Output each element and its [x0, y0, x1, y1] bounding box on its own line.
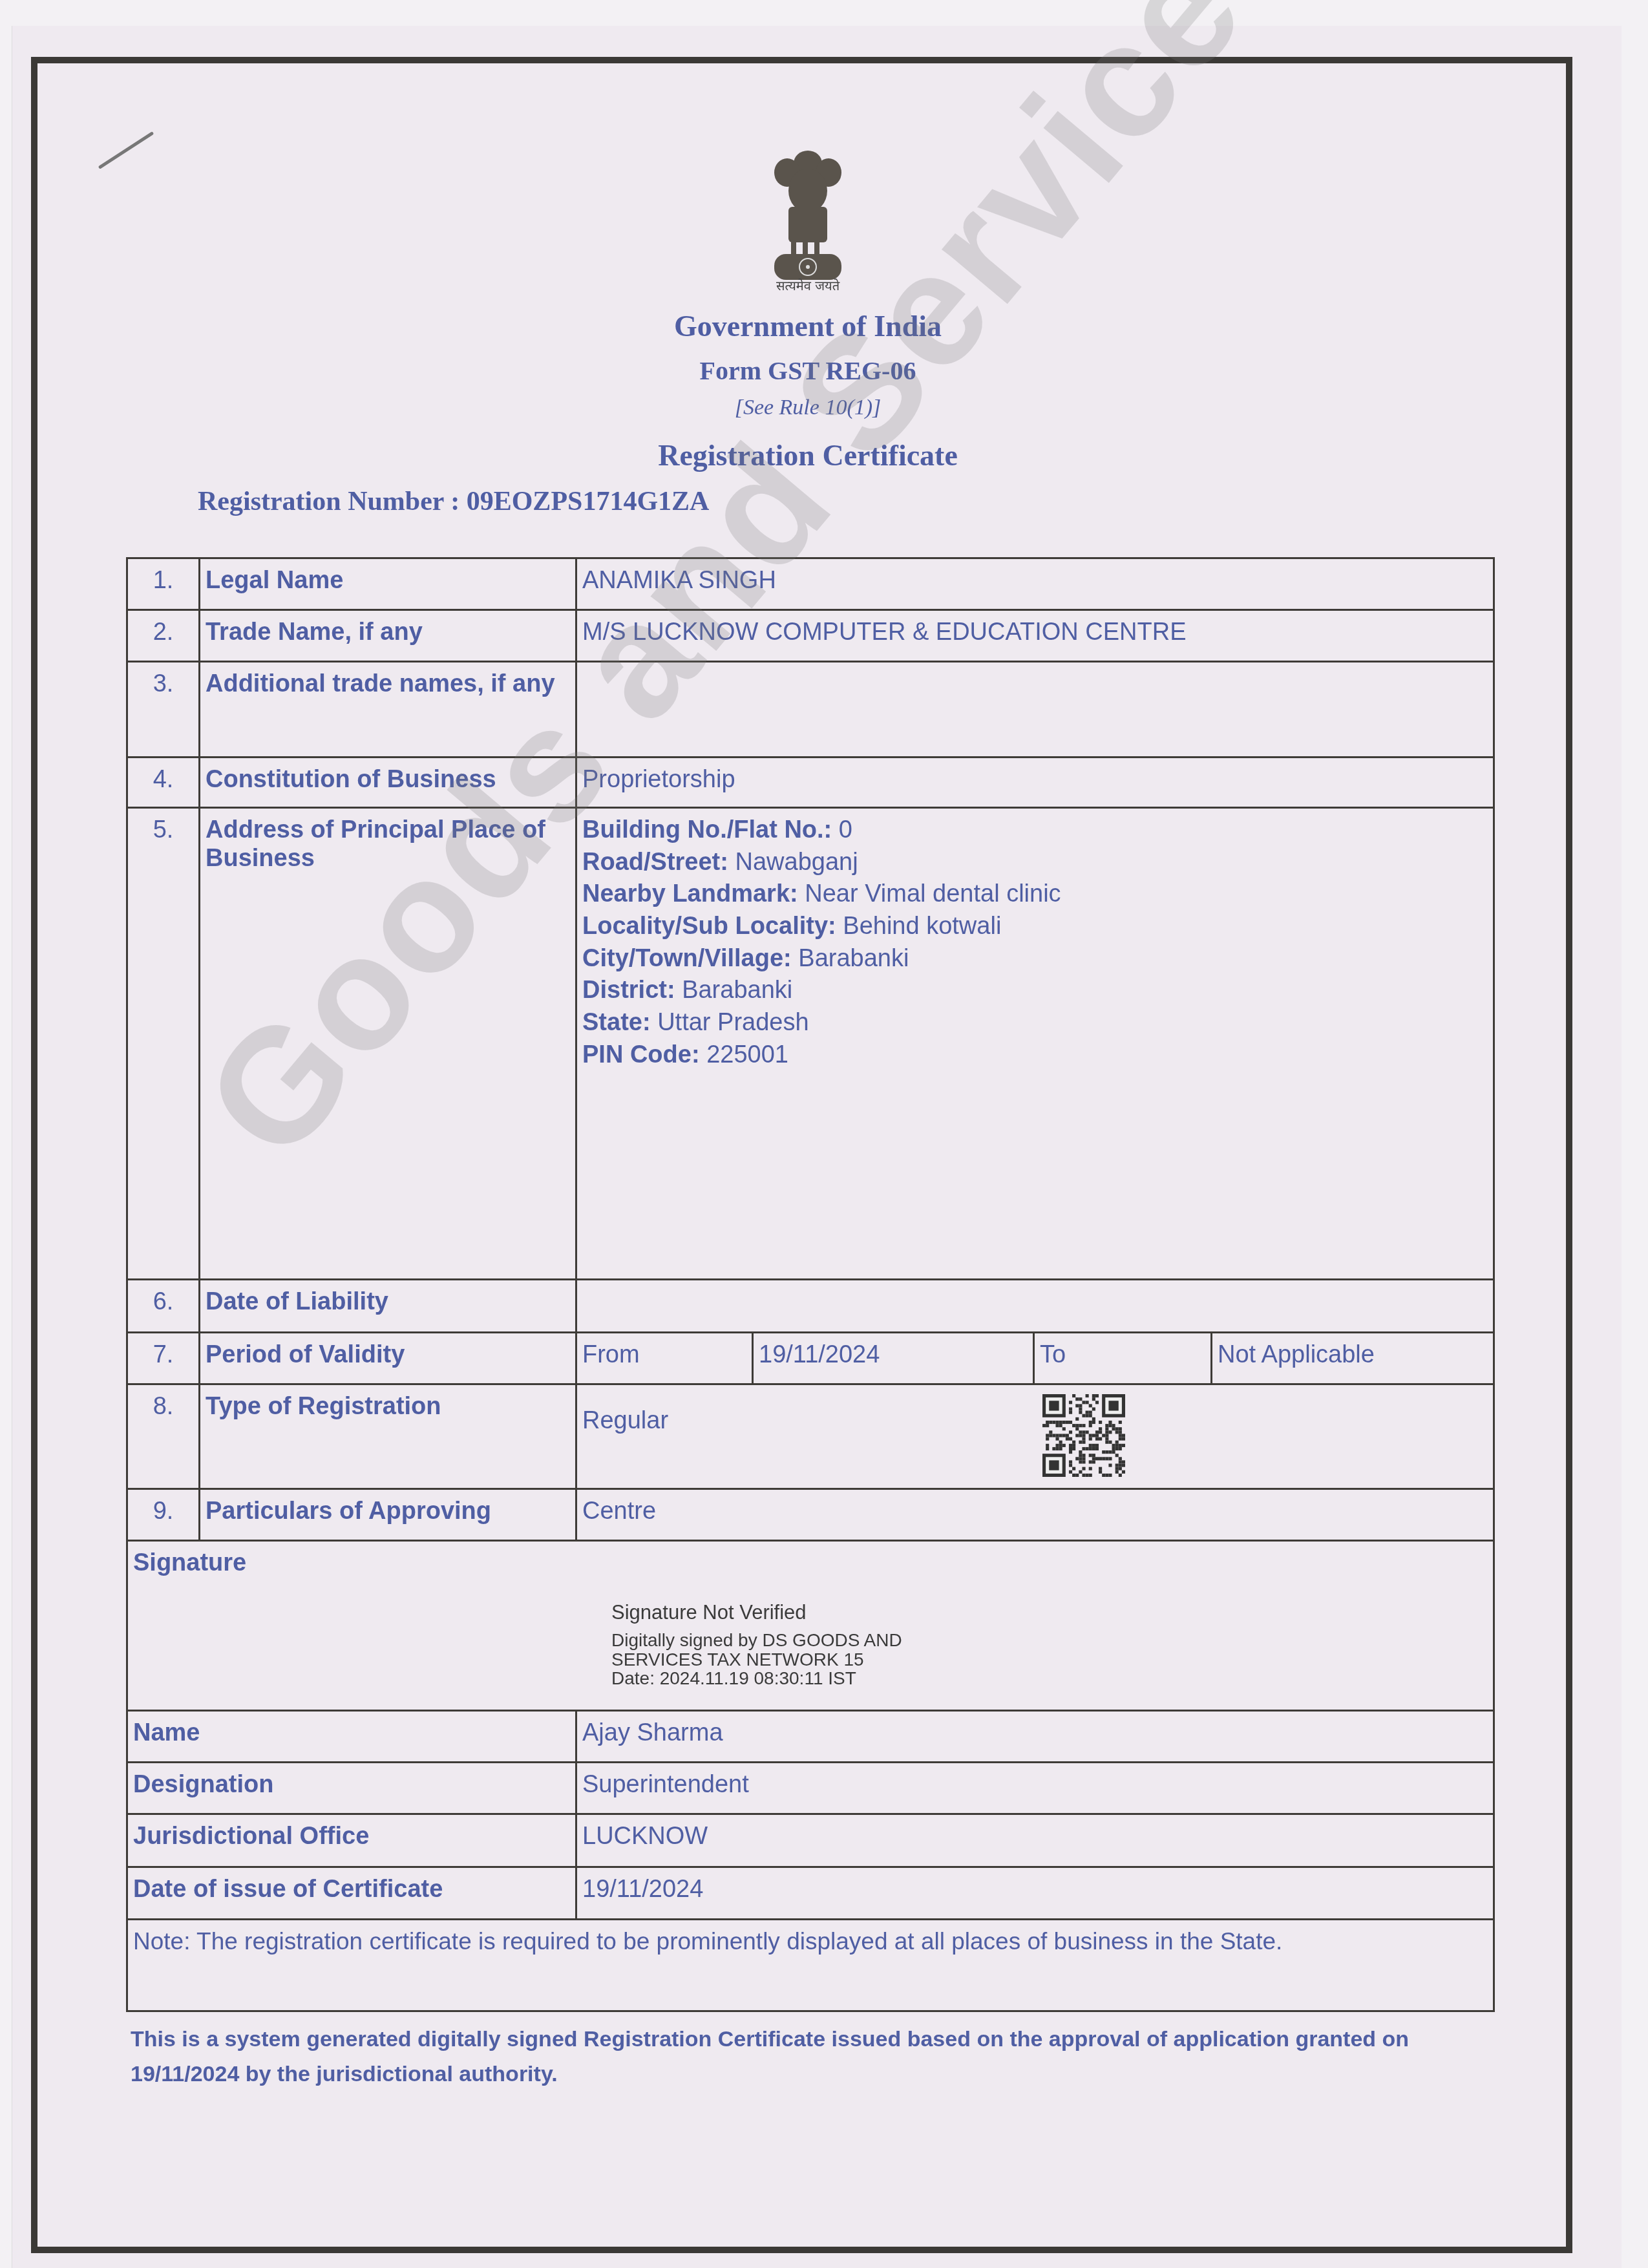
address-value: Barabanki [798, 945, 909, 972]
address-key: Building No./Flat No.: [582, 816, 839, 843]
validity-to-label: To [1034, 1333, 1212, 1384]
signature-label: Signature [133, 1549, 1488, 1578]
registration-type-text: Regular [582, 1407, 1488, 1436]
signed-by-line-1: Digitally signed by DS GOODS AND [611, 1631, 1488, 1649]
date-of-liability-value [576, 1280, 1494, 1333]
row-number: 1. [127, 558, 200, 610]
row-number: 8. [127, 1384, 200, 1489]
address-line: Road/Street: Nawabganj [582, 849, 1488, 877]
address-line: Building No./Flat No.: 0 [582, 816, 1488, 845]
validity-to-value: Not Applicable [1212, 1333, 1494, 1384]
designation-label: Designation [127, 1763, 576, 1814]
row-label: Date of Liability [200, 1280, 576, 1333]
additional-trade-names-value [576, 662, 1494, 758]
government-title: Government of India [0, 309, 1616, 343]
note-row: Note: The registration certificate is re… [127, 1920, 1494, 2011]
address-line: Locality/Sub Locality: Behind kotwali [582, 913, 1488, 941]
address-list: Building No./Flat No.: 0Road/Street: Naw… [582, 816, 1488, 1070]
address-value: Building No./Flat No.: 0Road/Street: Naw… [576, 808, 1494, 1280]
row-number: 2. [127, 610, 200, 662]
qr-code-icon[interactable] [1042, 1394, 1125, 1477]
table-row: 7. Period of Validity From 19/11/2024 To… [127, 1333, 1494, 1384]
address-key: State: [582, 1009, 657, 1036]
row-label: Legal Name [200, 558, 576, 610]
signature-row: Signature ? Signature Not Verified Digit… [127, 1541, 1494, 1711]
registration-number: Registration Number : 09EOZPS1714G1ZA [198, 486, 709, 517]
row-label: Constitution of Business [200, 758, 576, 808]
display-note: Note: The registration certificate is re… [127, 1920, 1494, 2011]
jurisdictional-office-label: Jurisdictional Office [127, 1814, 576, 1867]
signed-by-line-2: SERVICES TAX NETWORK 15 [611, 1650, 1488, 1669]
registration-number-value: 09EOZPS1714G1ZA [467, 487, 710, 516]
address-key: City/Town/Village: [582, 945, 798, 972]
address-line: Nearby Landmark: Near Vimal dental clini… [582, 880, 1488, 909]
address-line: City/Town/Village: Barabanki [582, 945, 1488, 973]
form-title: Form GST REG-06 [0, 355, 1616, 386]
address-line: State: Uttar Pradesh [582, 1009, 1488, 1037]
registration-number-label: Registration Number : [198, 487, 460, 516]
officer-name-label: Name [127, 1711, 576, 1763]
address-value: Barabanki [682, 977, 792, 1004]
table-row: Date of issue of Certificate 19/11/2024 [127, 1867, 1494, 1920]
legal-name-value: ANAMIKA SINGH [576, 558, 1494, 610]
issue-date-value: 19/11/2024 [576, 1867, 1494, 1920]
emblem-motto: सत्यमेव जयते [756, 277, 860, 294]
registration-type-value: Regular [576, 1384, 1494, 1489]
issue-date-label: Date of issue of Certificate [127, 1867, 576, 1920]
system-generated-note: This is a system generated digitally sig… [131, 2022, 1494, 2092]
row-label: Address of Principal Place of Business [200, 808, 576, 1280]
jurisdictional-office-value: LUCKNOW [576, 1814, 1494, 1867]
row-label: Trade Name, if any [200, 610, 576, 662]
signature-date: Date: 2024.11.19 08:30:11 IST [611, 1669, 1488, 1688]
signature-status: Signature Not Verified [611, 1602, 1488, 1624]
row-label: Additional trade names, if any [200, 662, 576, 758]
certificate-title: Registration Certificate [0, 438, 1616, 472]
table-row: 1. Legal Name ANAMIKA SINGH [127, 558, 1494, 610]
row-number: 7. [127, 1333, 200, 1384]
row-number: 5. [127, 808, 200, 1280]
validity-from-label: From [576, 1333, 753, 1384]
constitution-value: Proprietorship [576, 758, 1494, 808]
row-number: 3. [127, 662, 200, 758]
address-value: Uttar Pradesh [657, 1009, 808, 1036]
address-key: Locality/Sub Locality: [582, 913, 843, 940]
table-row: 4. Constitution of Business Proprietorsh… [127, 758, 1494, 808]
row-label: Period of Validity [200, 1333, 576, 1384]
address-key: Road/Street: [582, 849, 735, 876]
address-value: Behind kotwali [843, 913, 1001, 940]
trade-name-value: M/S LUCKNOW COMPUTER & EDUCATION CENTRE [576, 610, 1494, 662]
address-key: PIN Code: [582, 1041, 706, 1068]
approving-authority-value: Centre [576, 1489, 1494, 1541]
address-value: Near Vimal dental clinic [805, 880, 1061, 907]
row-label: Particulars of Approving [200, 1489, 576, 1541]
address-value: Nawabganj [735, 849, 858, 876]
certificate-table: 1. Legal Name ANAMIKA SINGH 2. Trade Nam… [126, 557, 1495, 2012]
table-row: 3. Additional trade names, if any [127, 662, 1494, 758]
table-row: Jurisdictional Office LUCKNOW [127, 1814, 1494, 1867]
national-emblem-icon [763, 145, 853, 288]
address-key: District: [582, 977, 682, 1004]
signature-cell: Signature ? Signature Not Verified Digit… [127, 1541, 1494, 1711]
table-row: 5. Address of Principal Place of Busines… [127, 808, 1494, 1280]
row-number: 4. [127, 758, 200, 808]
digital-signature[interactable]: ? Signature Not Verified Digitally signe… [611, 1602, 1488, 1688]
address-value: 0 [839, 816, 852, 843]
address-line: District: Barabanki [582, 977, 1488, 1005]
table-row: Name Ajay Sharma [127, 1711, 1494, 1763]
address-value: 225001 [706, 1041, 788, 1068]
table-row: 9. Particulars of Approving Centre [127, 1489, 1494, 1541]
table-row: Designation Superintendent [127, 1763, 1494, 1814]
table-row: 8. Type of Registration Regular [127, 1384, 1494, 1489]
validity-from-value: 19/11/2024 [753, 1333, 1034, 1384]
officer-name-value: Ajay Sharma [576, 1711, 1494, 1763]
row-number: 9. [127, 1489, 200, 1541]
designation-value: Superintendent [576, 1763, 1494, 1814]
table-row: 6. Date of Liability [127, 1280, 1494, 1333]
row-number: 6. [127, 1280, 200, 1333]
address-key: Nearby Landmark: [582, 880, 805, 907]
row-label: Type of Registration [200, 1384, 576, 1489]
rule-reference: [See Rule 10(1)] [0, 396, 1616, 420]
table-row: 2. Trade Name, if any M/S LUCKNOW COMPUT… [127, 610, 1494, 662]
address-line: PIN Code: 225001 [582, 1041, 1488, 1070]
